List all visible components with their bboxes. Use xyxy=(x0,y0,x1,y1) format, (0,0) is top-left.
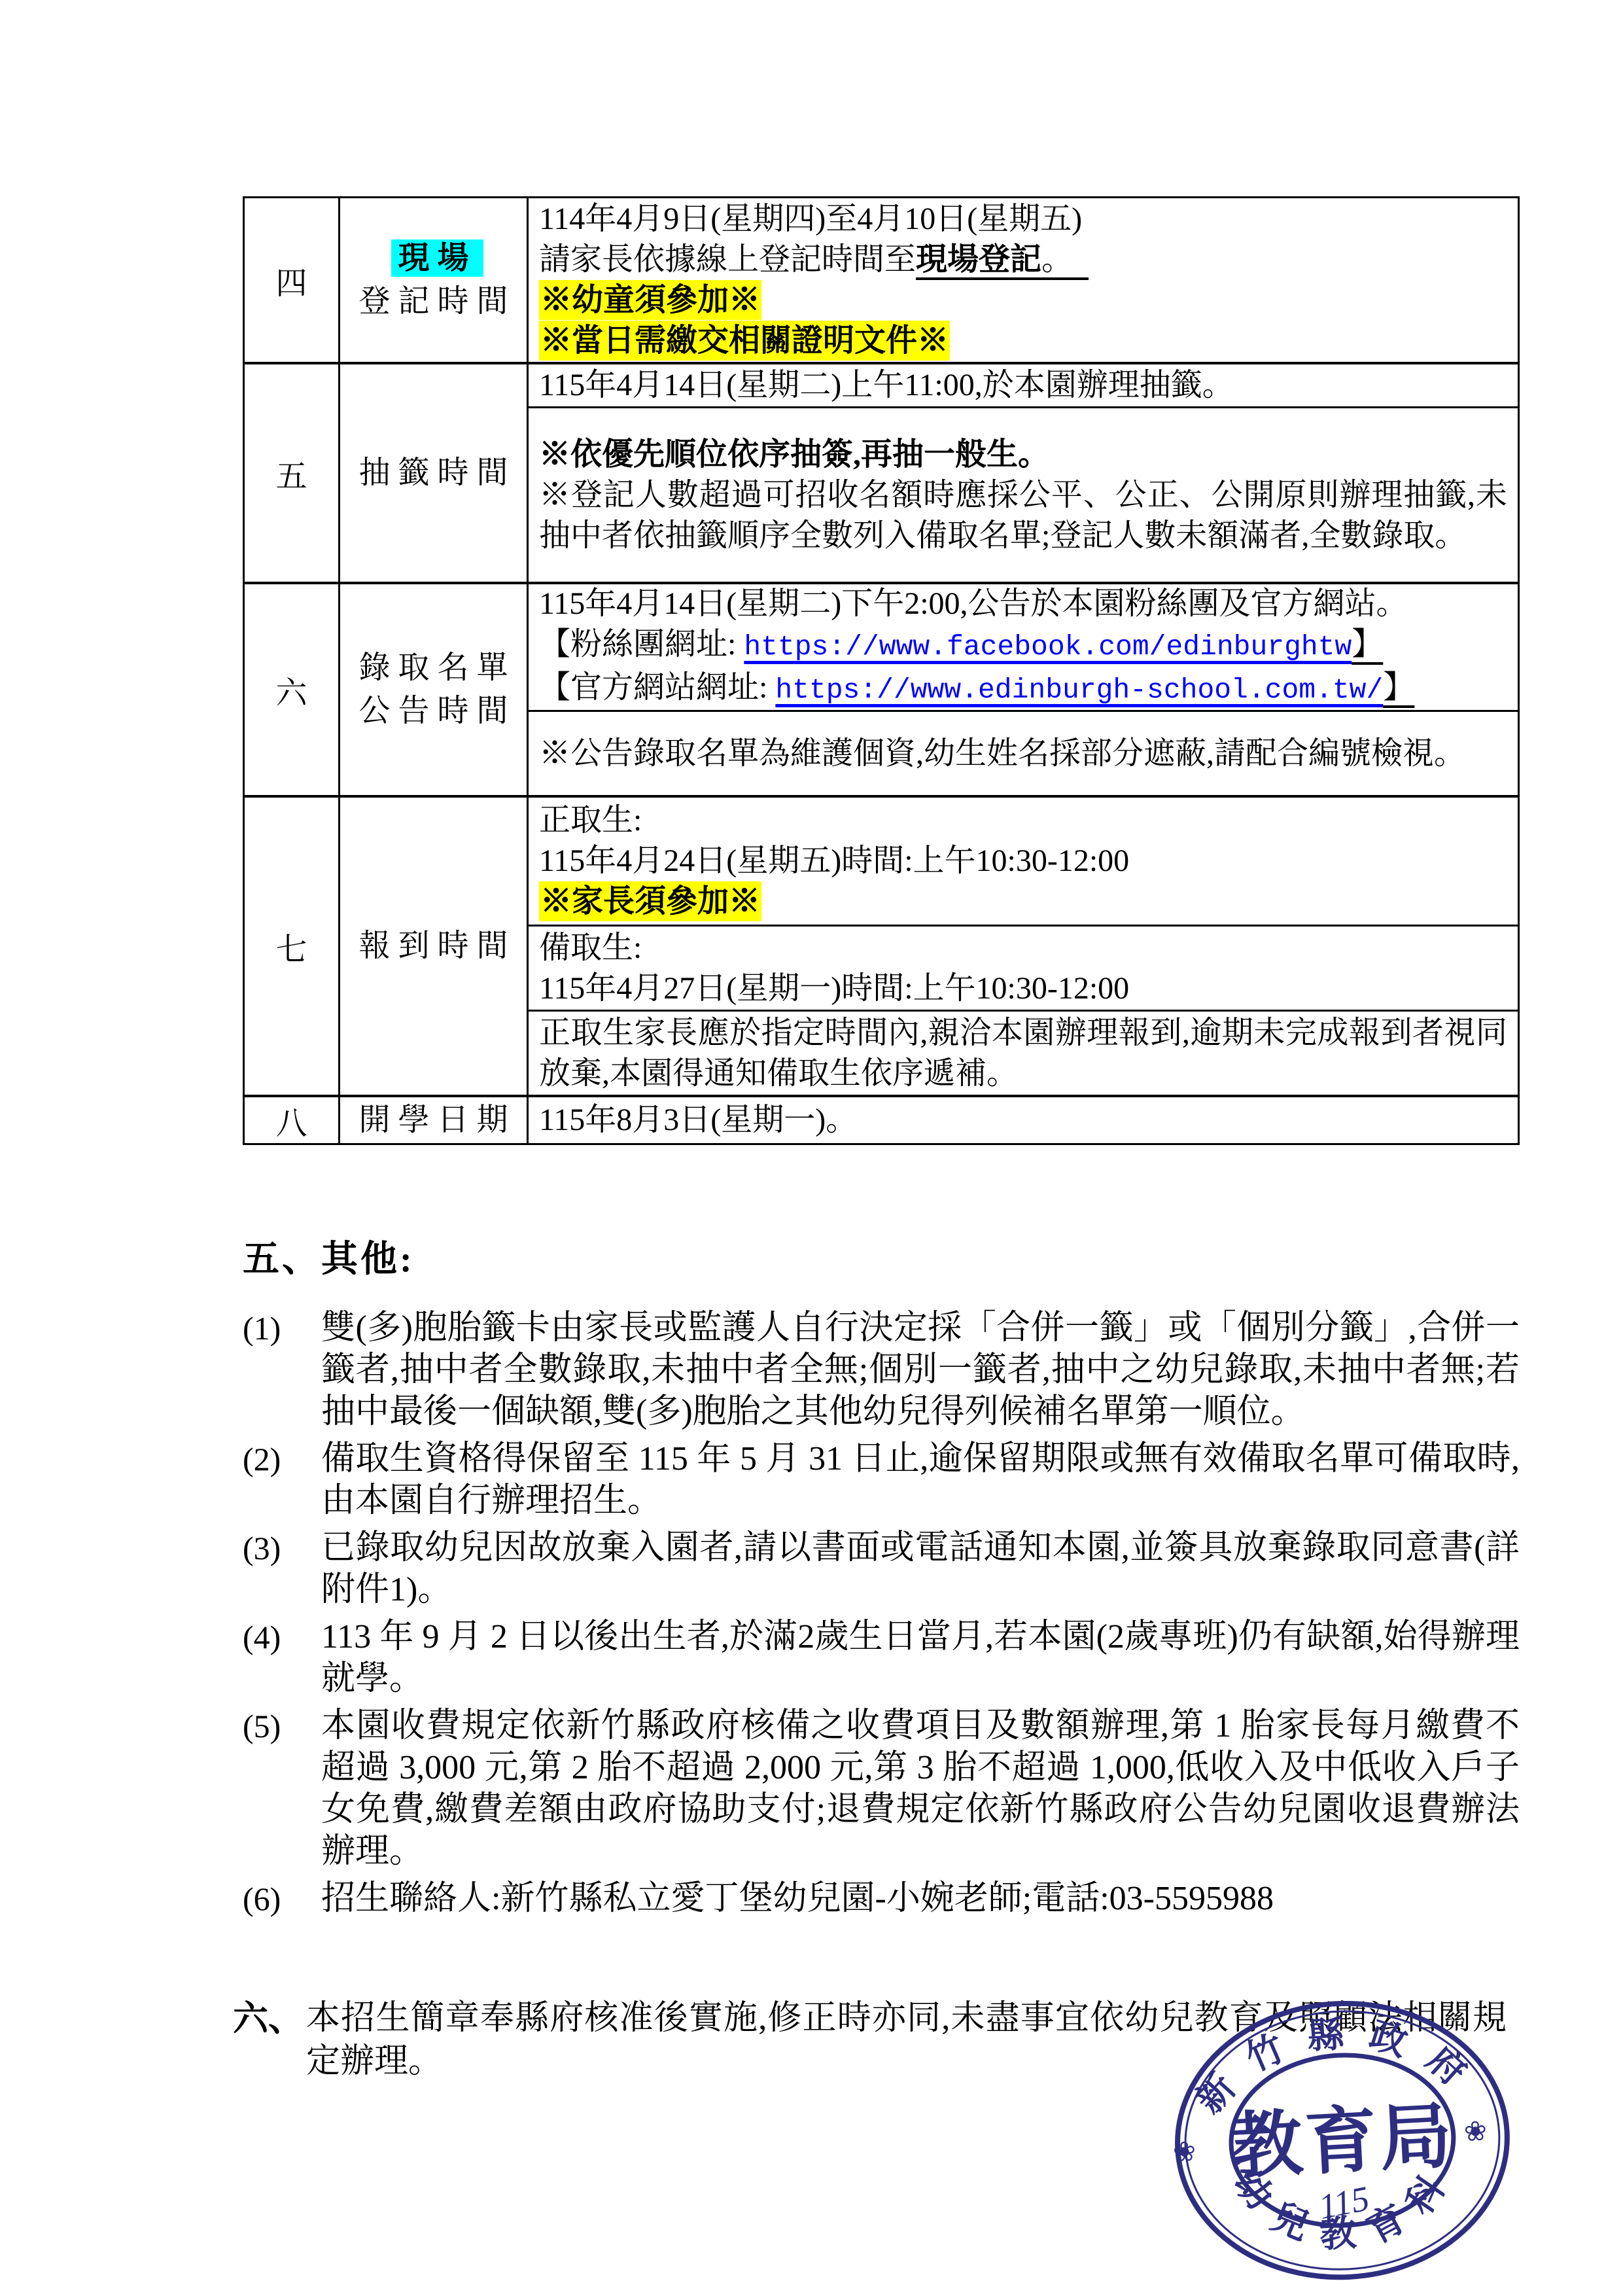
list-item-3: (3)已錄取幼兒因故放棄入園者,請以書面或電話通知本園,並簽具放棄錄取同意書(詳… xyxy=(243,1527,1520,1611)
text-segment: 【官方網站網址: xyxy=(539,670,775,705)
text-segment: 備取生: xyxy=(539,930,642,965)
list-item-text: 已錄取幼兒因故放棄入園者,請以書面或電話通知本園,並簽具放棄錄取同意書(詳附件1… xyxy=(321,1527,1520,1611)
text-segment: ※依優先順位依序抽簽,再抽一般生。 xyxy=(539,437,1049,472)
table-row-八: 八開學日期115年8月3日(星期一)。 xyxy=(245,1095,1518,1143)
row-content: 正取生:115年4月24日(星期五)時間:上午10:30-12:00※家長須參加… xyxy=(529,798,1518,1095)
text-line: 正取生: xyxy=(539,800,1507,841)
row-content: 114年4月9日(星期四)至4月10日(星期五)請家長依據線上登記時間至現場登記… xyxy=(529,198,1518,362)
section-five-heading: 五、其他: xyxy=(243,1230,415,1282)
text-segment: 115年4月14日(星期二)下午2:00,公告於本園粉絲團及官方網站。 xyxy=(539,586,1408,621)
text-segment: ※登記人數超過可招收名額時應採公平、公正、公開原則辦理抽籤,未抽中者依抽籤順序全… xyxy=(539,478,1507,553)
text-segment: 【粉絲團網址: xyxy=(539,627,744,662)
admission-schedule-table: 四現場登記時間114年4月9日(星期四)至4月10日(星期五)請家長依據線上登記… xyxy=(243,196,1520,1145)
official-site-link[interactable]: https://www.edinburgh-school.com.tw/ xyxy=(775,674,1383,706)
list-item-1: (1)雙(多)胞胎籤卡由家長或監護人自行決定採「合併一籤」或「個別分籤」,合併一… xyxy=(243,1307,1520,1433)
text-line: 【官方網站網址: https://www.edinburgh-school.co… xyxy=(539,667,1507,710)
content-cell: 115年4月14日(星期二)下午2:00,公告於本園粉絲團及官方網站。【粉絲團網… xyxy=(529,584,1518,710)
text-line: ※幼童須參加※ xyxy=(539,280,1507,321)
row-label-line: 公告時間 xyxy=(358,690,515,733)
text-segment: 錄取名單 xyxy=(358,650,515,685)
row-number: 五 xyxy=(245,364,340,582)
table-row-六: 六錄取名單公告時間115年4月14日(星期二)下午2:00,公告於本園粉絲團及官… xyxy=(245,582,1518,795)
text-line: ※當日需繳交相關證明文件※ xyxy=(539,321,1507,361)
text-segment: 。 xyxy=(1041,242,1089,277)
row-label-line: 現場 xyxy=(391,237,483,280)
content-cell: 115年8月3日(星期一)。 xyxy=(529,1097,1518,1143)
list-item-text: 雙(多)胞胎籤卡由家長或監護人自行決定採「合併一籤」或「個別分籤」,合併一籤者,… xyxy=(321,1307,1520,1433)
list-item-number: (3) xyxy=(243,1527,321,1611)
row-label: 錄取名單公告時間 xyxy=(340,584,529,795)
text-line: 請家長依據線上登記時間至現場登記。 xyxy=(539,239,1507,280)
text-segment: ※當日需繳交相關證明文件※ xyxy=(539,321,950,361)
list-item-number: (6) xyxy=(243,1878,321,1920)
text-segment: 115年4月14日(星期二)上午11:00,於本園辦理抽籤。 xyxy=(539,368,1234,402)
text-line: 備取生: xyxy=(539,928,1507,968)
text-segment: 正取生家長應於指定時間內,親洽本園辦理報到,逾期未完成報到者視同放棄,本園得通知… xyxy=(539,1016,1507,1091)
row-number: 四 xyxy=(245,198,340,362)
flower-icon-left: ❀ xyxy=(1172,2137,1197,2168)
text-segment: 公告時間 xyxy=(358,694,515,728)
list-item-number: (1) xyxy=(243,1307,321,1433)
stamp-center-text: 教育局 xyxy=(1229,2096,1456,2187)
list-item-6: (6)招生聯絡人:新竹縣私立愛丁堡幼兒園-小婉老師;電話:03-5595988 xyxy=(243,1878,1520,1920)
list-item-text: 本園收費規定依新竹縣政府核備之收費項目及數額辦理,第 1 胎家長每月繳費不超過 … xyxy=(321,1705,1520,1873)
list-item-5: (5)本園收費規定依新竹縣政府核備之收費項目及數額辦理,第 1 胎家長每月繳費不… xyxy=(243,1705,1520,1873)
education-bureau-stamp: 新竹縣政府 幼兒教育科 ❀ ❀ 教育局 115 xyxy=(1157,1981,1530,2296)
table-row-七: 七報到時間正取生:115年4月24日(星期五)時間:上午10:30-12:00※… xyxy=(245,795,1518,1095)
row-label-line: 報到時間 xyxy=(358,925,515,968)
text-line: 115年4月24日(星期五)時間:上午10:30-12:00 xyxy=(539,841,1507,881)
text-line: ※登記人數超過可招收名額時應採公平、公正、公開原則辦理抽籤,未抽中者依抽籤順序全… xyxy=(539,475,1507,556)
text-segment: 】 xyxy=(1383,670,1414,705)
flower-icon-right: ❀ xyxy=(1463,2117,1488,2148)
other-notes-list: (1)雙(多)胞胎籤卡由家長或監護人自行決定採「合併一籤」或「個別分籤」,合併一… xyxy=(243,1307,1520,1925)
row-label-line: 開學日期 xyxy=(358,1099,515,1142)
table-row-五: 五抽籤時間115年4月14日(星期二)上午11:00,於本園辦理抽籤。※依優先順… xyxy=(245,362,1518,582)
text-segment: 正取生: xyxy=(539,803,642,838)
facebook-link[interactable]: https://www.facebook.com/edinburghtw xyxy=(744,631,1352,663)
content-cell: 114年4月9日(星期四)至4月10日(星期五)請家長依據線上登記時間至現場登記… xyxy=(529,198,1518,362)
text-segment: ※幼童須參加※ xyxy=(539,280,761,320)
list-item-4: (4)113 年 9 月 2 日以後出生者,於滿2歲生日當月,若本園(2歲專班)… xyxy=(243,1616,1520,1700)
row-content: 115年4月14日(星期二)下午2:00,公告於本園粉絲團及官方網站。【粉絲團網… xyxy=(529,584,1518,795)
content-cell: ※依優先順位依序抽簽,再抽一般生。※登記人數超過可招收名額時應採公平、公正、公開… xyxy=(529,406,1518,582)
text-segment: 115年4月24日(星期五)時間:上午10:30-12:00 xyxy=(539,843,1129,878)
text-line: 115年4月27日(星期一)時間:上午10:30-12:00 xyxy=(539,968,1507,1009)
content-cell: ※公告錄取名單為維護個資,幼生姓名採部分遮蔽,請配合編號檢視。 xyxy=(529,710,1518,795)
row-label: 抽籤時間 xyxy=(340,364,529,582)
list-item-text: 備取生資格得保留至 115 年 5 月 31 日止,逾保留期限或無有效備取名單可… xyxy=(321,1438,1520,1522)
text-segment: ※家長須參加※ xyxy=(539,881,761,921)
text-segment: 114年4月9日(星期四)至4月10日(星期五) xyxy=(539,202,1082,236)
text-segment: ※公告錄取名單為維護個資,幼生姓名採部分遮蔽,請配合編號檢視。 xyxy=(539,736,1465,771)
row-label-line: 登記時間 xyxy=(358,280,515,323)
list-item-number: (2) xyxy=(243,1438,321,1522)
list-item-text: 113 年 9 月 2 日以後出生者,於滿2歲生日當月,若本園(2歲專班)仍有缺… xyxy=(321,1616,1520,1700)
text-segment: 登記時間 xyxy=(358,284,515,319)
content-cell: 115年4月14日(星期二)上午11:00,於本園辦理抽籤。 xyxy=(529,364,1518,406)
row-number: 六 xyxy=(245,584,340,795)
row-label: 現場登記時間 xyxy=(340,198,529,362)
text-line: 115年4月14日(星期二)上午11:00,於本園辦理抽籤。 xyxy=(539,365,1507,406)
content-cell: 正取生家長應於指定時間內,親洽本園辦理報到,逾期未完成報到者視同放棄,本園得通知… xyxy=(529,1010,1518,1095)
row-label-line: 錄取名單 xyxy=(358,646,515,690)
row-content: 115年4月14日(星期二)上午11:00,於本園辦理抽籤。※依優先順位依序抽簽… xyxy=(529,364,1518,582)
text-line: ※家長須參加※ xyxy=(539,881,1507,922)
text-segment: 報到時間 xyxy=(358,928,515,963)
text-line: ※依優先順位依序抽簽,再抽一般生。 xyxy=(539,434,1507,475)
text-line: 114年4月9日(星期四)至4月10日(星期五) xyxy=(539,199,1507,239)
text-line: ※公告錄取名單為維護個資,幼生姓名採部分遮蔽,請配合編號檢視。 xyxy=(539,733,1507,774)
row-label-line: 抽籤時間 xyxy=(358,451,515,495)
list-item-2: (2)備取生資格得保留至 115 年 5 月 31 日止,逾保留期限或無有效備取… xyxy=(243,1438,1520,1522)
text-line: 【粉絲團網址: https://www.facebook.com/edinbur… xyxy=(539,624,1507,667)
text-segment: 現場 xyxy=(391,239,483,277)
text-segment: 抽籤時間 xyxy=(358,455,515,490)
table-row-四: 四現場登記時間114年4月9日(星期四)至4月10日(星期五)請家長依據線上登記… xyxy=(245,198,1518,362)
content-cell: 正取生:115年4月24日(星期五)時間:上午10:30-12:00※家長須參加… xyxy=(529,798,1518,925)
row-label: 報到時間 xyxy=(340,798,529,1095)
text-line: 正取生家長應於指定時間內,親洽本園辦理報到,逾期未完成報到者視同放棄,本園得通知… xyxy=(539,1013,1507,1094)
list-item-text: 招生聯絡人:新竹縣私立愛丁堡幼兒園-小婉老師;電話:03-5595988 xyxy=(321,1878,1520,1920)
list-item-number: (5) xyxy=(243,1705,321,1873)
row-label: 開學日期 xyxy=(340,1097,529,1143)
list-item-number: (4) xyxy=(243,1616,321,1700)
text-segment: 請家長依據線上登記時間至 xyxy=(539,242,916,277)
text-segment: 現場登記 xyxy=(916,242,1041,277)
text-segment: 115年4月27日(星期一)時間:上午10:30-12:00 xyxy=(539,971,1129,1006)
row-number: 八 xyxy=(245,1097,340,1143)
text-segment: 】 xyxy=(1352,627,1383,662)
content-cell: 備取生:115年4月27日(星期一)時間:上午10:30-12:00 xyxy=(529,925,1518,1010)
row-number: 七 xyxy=(245,798,340,1095)
section-six-number: 六、 xyxy=(233,1997,306,2083)
text-segment: 開學日期 xyxy=(358,1103,515,1137)
text-line: 115年8月3日(星期一)。 xyxy=(539,1100,1507,1140)
row-content: 115年8月3日(星期一)。 xyxy=(529,1097,1518,1143)
text-line: 115年4月14日(星期二)下午2:00,公告於本園粉絲團及官方網站。 xyxy=(539,584,1507,624)
text-segment: 115年8月3日(星期一)。 xyxy=(539,1103,857,1137)
